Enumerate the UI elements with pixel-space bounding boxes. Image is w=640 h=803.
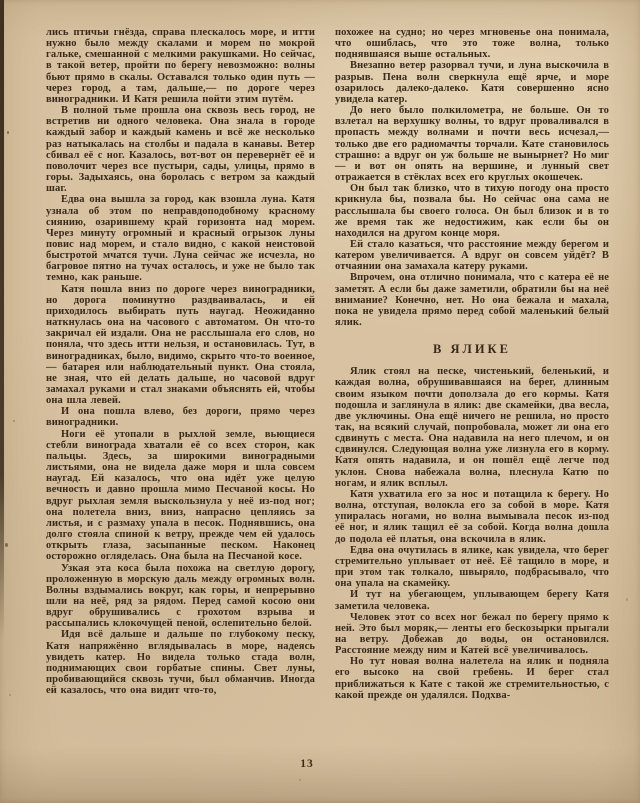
paragraph: В полной тьме прошла она сквозь весь гор… (46, 105, 315, 194)
paragraph: Едва она очутилась в ялике, как увидела,… (335, 545, 609, 590)
paragraph: Ей стало казаться, что расстояние между … (335, 239, 609, 272)
paper-speck (626, 598, 628, 601)
paragraph: Катя пошла вниз по дороге через виноград… (46, 284, 315, 407)
paper-speck (5, 543, 8, 547)
paper-speck (299, 779, 301, 781)
paragraph: похожее на судно; но через мгновенье она… (335, 27, 609, 60)
paper-speck (7, 131, 9, 134)
section-heading: В ЯЛИКЕ (335, 342, 609, 357)
paragraph: лись птичьи гнёзда, справа плескалось мо… (46, 27, 315, 105)
paragraph: Катя ухватила его за нос и потащила к бе… (335, 489, 609, 545)
paragraph: Впрочем, она отлично понимала, что с кат… (335, 272, 609, 328)
paper-speck (13, 420, 15, 422)
paragraph: Внезапно ветер разорвал тучи, и луна выс… (335, 60, 609, 105)
page-number: 13 (0, 758, 614, 770)
right-column-top: похожее на судно; но через мгновенье она… (335, 27, 609, 328)
paragraph: До него было полкилометра, не больше. Он… (335, 105, 609, 183)
paragraph: Человек этот со всех ног бежал по берегу… (335, 612, 609, 657)
text-columns: лись птичьи гнёзда, справа плескалось мо… (46, 27, 609, 701)
paragraph: Он был так близко, что в тихую погоду он… (335, 183, 609, 239)
paragraph: Идя всё дальше и дальше по глубокому пес… (46, 629, 315, 696)
paragraph: И тут на убегающем, уплывающем берегу Ка… (335, 589, 609, 611)
right-column-bottom: Ялик стоял на песке, чистенький, беленьк… (335, 366, 609, 701)
left-column: лись птичьи гнёзда, справа плескалось мо… (46, 27, 315, 701)
paragraph: Узкая эта коса была похожа на светлую до… (46, 563, 315, 630)
book-page: лись птичьи гнёзда, справа плескалось мо… (0, 0, 640, 803)
paragraph: Едва она вышла за город, как взошла луна… (46, 194, 315, 283)
right-column: похожее на судно; но через мгновенье она… (335, 27, 609, 701)
paper-speck (9, 694, 11, 696)
paragraph: Ноги её утопали в рыхлой земле, вьющиеся… (46, 429, 315, 563)
scan-edge-shadow (0, 0, 4, 660)
paragraph: Ялик стоял на песке, чистенький, беленьк… (335, 366, 609, 489)
paragraph: И она пошла влево, без дороги, прямо чер… (46, 406, 315, 428)
paragraph: Но тут новая волна налетела на ялик и по… (335, 656, 609, 701)
